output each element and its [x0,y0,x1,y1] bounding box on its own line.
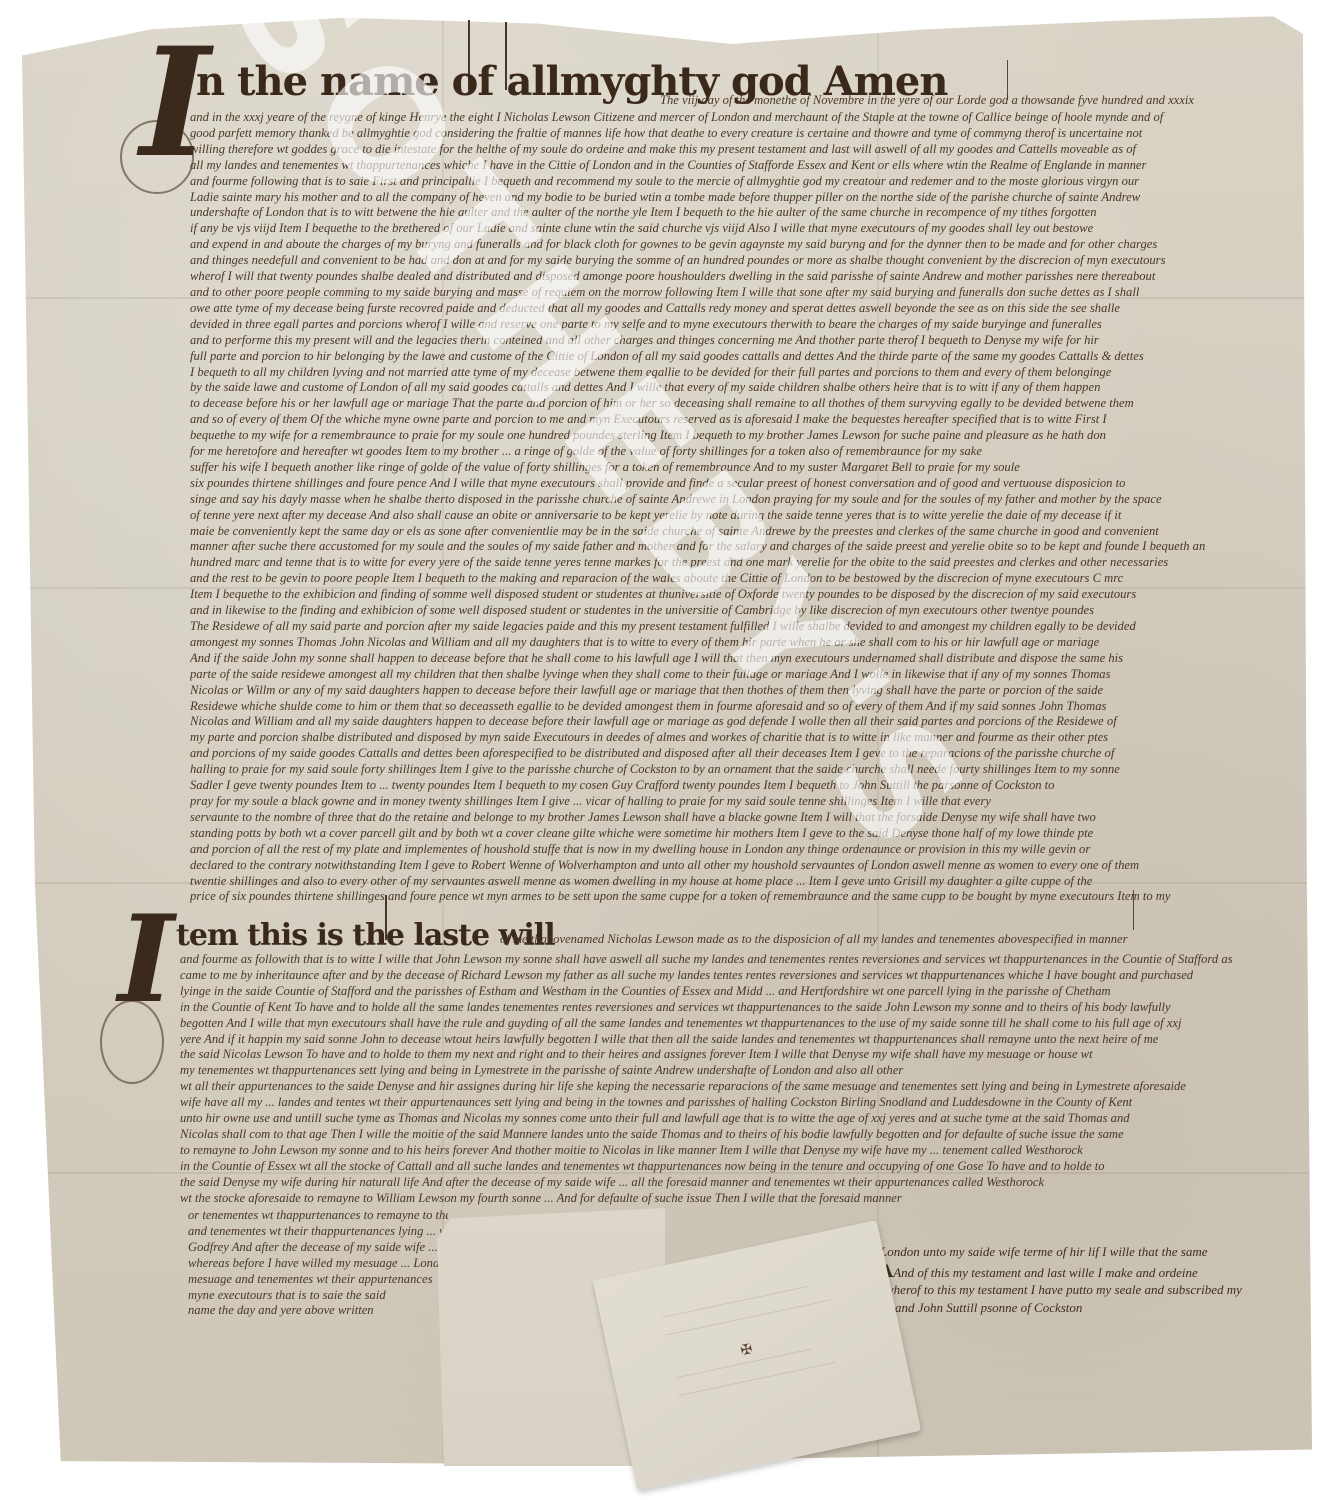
text-line: to remayne to John Lewson my sonne and t… [180,1143,1302,1159]
faded-text-line [679,1362,836,1396]
text-line: the said Denyse my wife during hir natur… [180,1175,1302,1191]
text-line: Nicolas and William and all my saide dau… [190,714,1302,730]
text-line: And if the saide John my sonne shall hap… [190,651,1302,667]
heading-continuation: of me thabovenamed Nicholas Lewson made … [500,932,1300,948]
text-line: of tenne yere next after my decease And … [190,508,1302,524]
text-line: all my landes and tenementes wt thappurt… [190,158,1302,174]
text-line: unto hir owne use and untill suche tyme … [180,1111,1302,1127]
text-line: full parte and porcion to hir belonging … [190,349,1302,365]
initial-flourish-icon [120,120,194,194]
text-line: and fourme following that is to saie Fir… [190,174,1302,190]
text-line: and to other poore people comming to my … [190,285,1302,301]
text-line: The Residewe of all my said parte and po… [190,619,1302,635]
text-line: singe and say his dayly masse when he sh… [190,492,1302,508]
text-line: devided in three egall partes and porcio… [190,317,1302,333]
section-1-text: and in the xxxj yeare of the reygne of k… [190,110,1302,905]
text-line: Nicolas or Willm or any of my said daugh… [190,683,1302,699]
text-line: wt the stocke aforesaide to remayne to W… [180,1191,1302,1207]
text-line: undershafte of London that is to witt be… [190,205,1302,221]
text-line: suffer his wife I bequeth another like r… [190,460,1302,476]
closing-line-text: And of this my testament and last wille … [893,1265,1198,1280]
text-line: or tenementes wt thappurtenances to rema… [188,1208,448,1224]
text-line: servaunte to the nombre of three that do… [190,810,1302,826]
text-line: willing therefore wt goddes grace to die… [190,142,1302,158]
signature-line: and John Suttill psonne of Cockston [895,1300,1082,1316]
text-line: if any be vjs viijd Item I bequethe to t… [190,221,1302,237]
text-line: wherof I will that twenty poundes shalbe… [190,269,1302,285]
text-line: and tenementes wt their thappurtenances … [188,1224,448,1240]
text-line: wife have all my ... landes and tentes w… [180,1095,1302,1111]
text-line: to decease before his or her lawfull age… [190,396,1302,412]
text-line: in the Countie of Kent To have and to ho… [180,1000,1302,1016]
closing-line: London unto my saide wife terme of hir l… [880,1244,1208,1260]
text-line: Residewe whiche shulde come to him or th… [190,699,1302,715]
ink-mark-icon: ✠ [739,1341,754,1359]
text-line: bequethe to my wife for a remembraunce t… [190,428,1302,444]
closing-line: AAnd of this my testament and last wille… [880,1262,1198,1282]
text-line: Sadler I geve twenty poundes Item to ...… [190,778,1302,794]
text-line: for me heretofore and hereafter wt goode… [190,444,1302,460]
text-line: declared to the contrary notwithstanding… [190,858,1302,874]
text-line: maie be conveniently kept the same day o… [190,524,1302,540]
text-line: twentie shillinges and also to every oth… [190,874,1302,890]
text-line: owe atte tyme of my decease being furste… [190,301,1302,317]
text-line: and expend in and aboute the charges of … [190,237,1302,253]
text-line: and fourme as followith that is to witte… [180,952,1302,968]
text-line: wt all their appurtenances to the saide … [180,1079,1302,1095]
text-line: came to me by inheritaunce after and by … [180,968,1302,984]
text-line: hundred marc and tenne that is to witte … [190,555,1302,571]
text-line: I bequeth to all my children lyving and … [190,365,1302,381]
text-line: yere And if it happin my said sonne John… [180,1032,1302,1048]
text-line: Godfrey And after the decease of my said… [188,1240,448,1256]
text-line: The viij day of the monethe of Novembre … [660,93,1300,109]
ascender-stroke [1133,890,1134,930]
text-line: my tenementes wt thappurtenances sett ly… [180,1063,1302,1079]
section-2-text-left-bottom: or tenementes wt thappurtenances to rema… [188,1208,448,1319]
text-line: name the day and yere above written [188,1303,448,1319]
text-line: my parte and porcion shalbe distributed … [190,730,1302,746]
text-line: begotten And I wille that myn executours… [180,1016,1302,1032]
initial-flourish-icon [100,1000,164,1084]
text-line: good parfett memory thanked be allmyghti… [190,126,1302,142]
text-line: six poundes thirtene shillinges and four… [190,476,1302,492]
text-line: and so of every of them Of the whiche my… [190,412,1302,428]
text-line: in the Countie of Essex wt all the stock… [180,1159,1302,1175]
text-line: and the rest to be gevin to poore people… [190,571,1302,587]
faded-text-line [662,1286,809,1318]
section-heading: tem this is the laste will [176,918,555,953]
faded-text-line [666,1299,832,1335]
text-line: standing potts by both wt a cover parcel… [190,826,1302,842]
text-line: and in the xxxj yeare of the reygne of k… [190,110,1302,126]
section-2-text: and fourme as followith that is to witte… [180,952,1302,1207]
text-line: Ladie sainte mary his mother and to all … [190,190,1302,206]
text-line: of me thabovenamed Nicholas Lewson made … [500,932,1300,948]
text-line: amongest my sonnes Thomas John Nicolas a… [190,635,1302,651]
text-line: Item I bequethe to the exhibicion and fi… [190,587,1302,603]
text-line: and porcion of all the rest of my plate … [190,842,1302,858]
text-line: by the saide lawe and custome of London … [190,380,1302,396]
text-line: and thinges needefull and convenient to … [190,253,1302,269]
text-line: and in likewise to the finding and exhib… [190,603,1302,619]
text-line: the said Nicolas Lewson To have and to h… [180,1047,1302,1063]
heading-continuation: The viij day of the monethe of Novembre … [660,93,1300,109]
text-line: mesuage and tenementes wt their appurten… [188,1272,448,1288]
text-line: and porcions of my saide goodes Cattalls… [190,746,1302,762]
text-line: Nicolas shall com to that age Then I wil… [180,1127,1302,1143]
text-line: whereas before I have willed my mesuage … [188,1256,448,1272]
closing-line: wherof to this my testament I have putto… [885,1282,1242,1298]
text-line: price of six poundes thirtene shillinges… [190,889,1302,905]
text-line: lyinge in the saide Countie of Stafford … [180,984,1302,1000]
text-line: myne executours that is to saie the said [188,1288,448,1304]
text-line: and to performe this my present will and… [190,333,1302,349]
text-line: pray for my soule a black gowne and in m… [190,794,1302,810]
text-line: manner after suche there accustomed for … [190,539,1302,555]
text-line: halling to praie for my said soule forty… [190,762,1302,778]
text-line: parte of the saide residewe amongest all… [190,667,1302,683]
